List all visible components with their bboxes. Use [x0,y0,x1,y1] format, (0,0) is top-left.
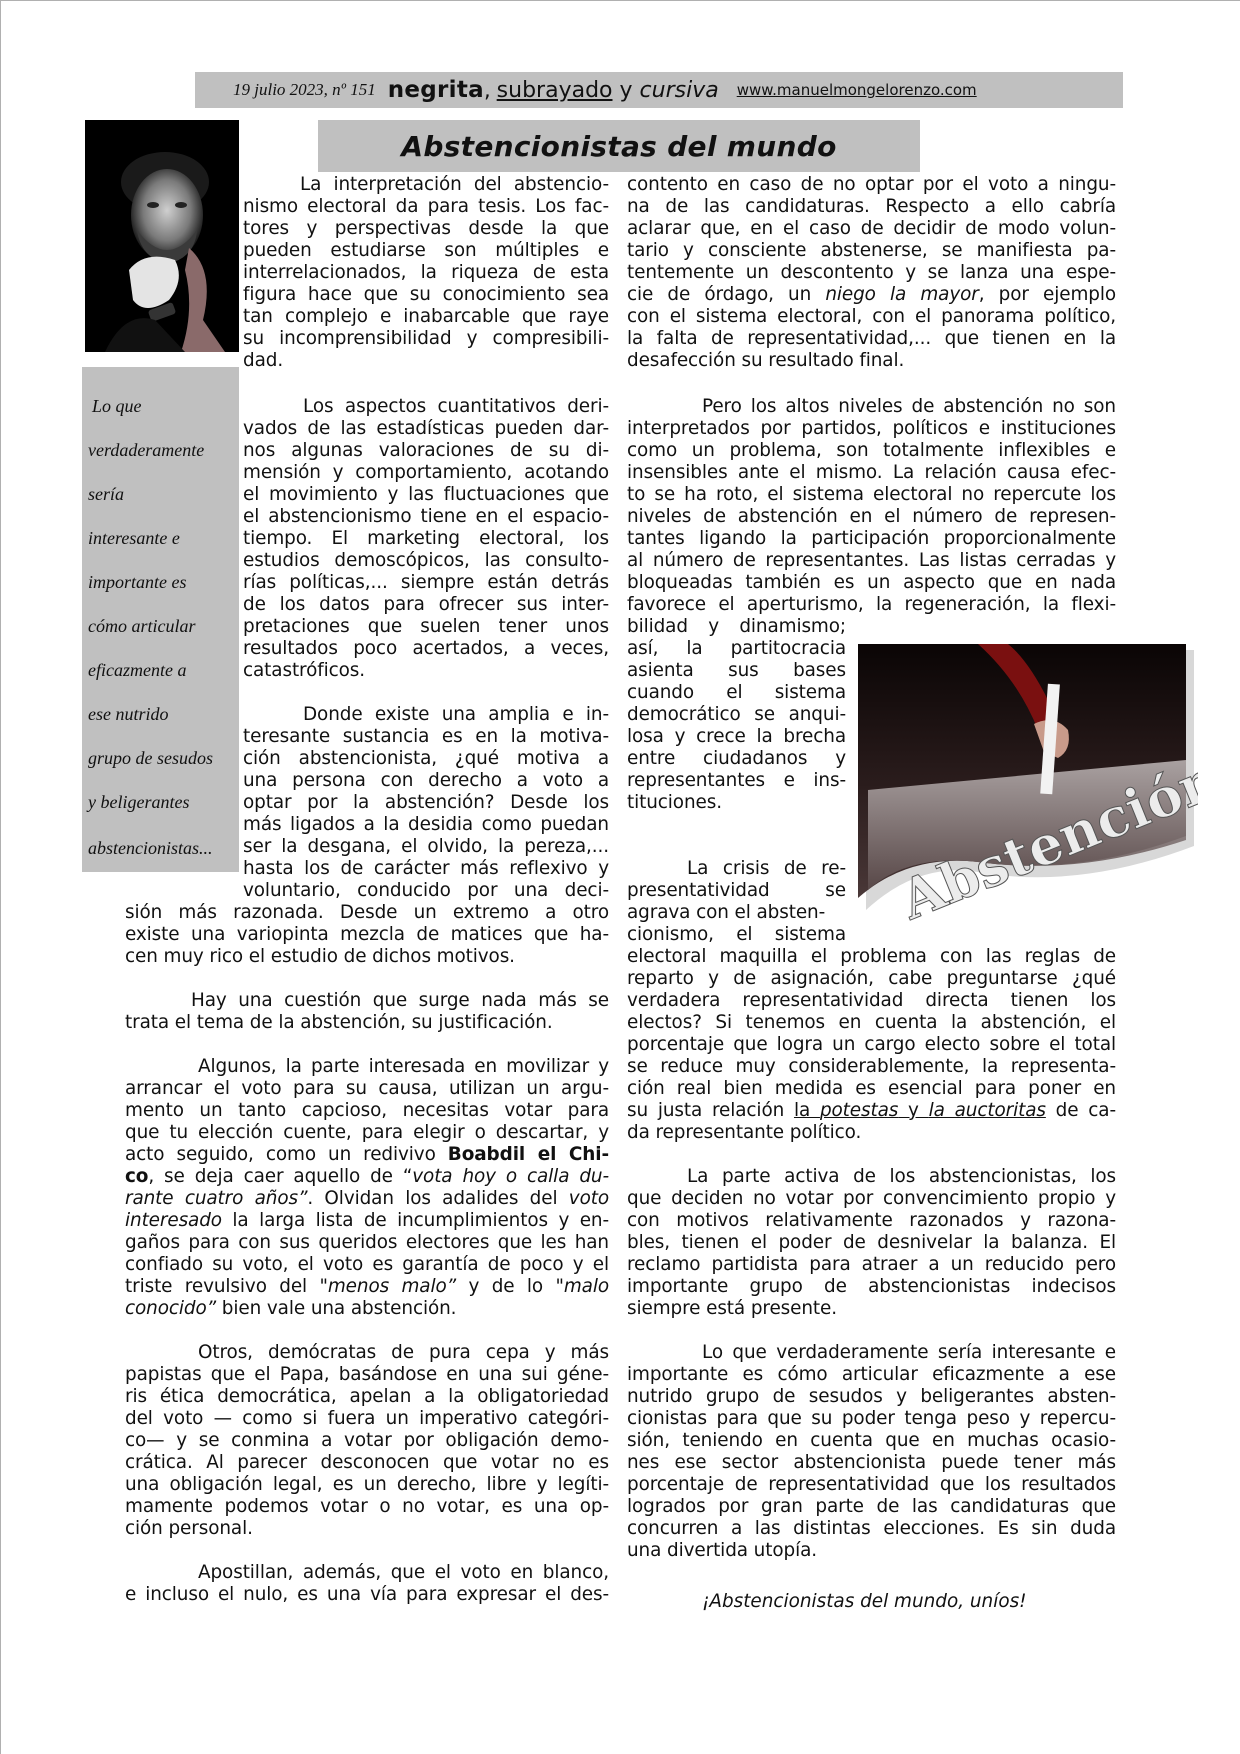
body-text-line: su justa relación la potestas y la aucto… [627,1100,1116,1122]
body-text-line: entre ciudadanos y [627,748,846,770]
brand-y: y [620,78,633,103]
body-text-line: bles, tienen el poder de desnivelar la b… [627,1232,1116,1254]
body-text-line: nos algunas valoraciones de su di- [243,440,609,462]
pull-quote-line: sería [88,484,124,505]
body-text-line: mensión y comportamiento, acotando [243,462,609,484]
body-text-line: interpretados por partidos, políticos e … [627,418,1116,440]
body-text-line: da representante político. [627,1122,1116,1144]
body-text-line: representantes e ins- [627,770,846,792]
body-text-line: Donde existe una amplia e in- [303,704,609,726]
pull-quote-line: verdaderamente [88,440,204,461]
pull-quote-line: importante es [88,572,187,593]
body-text-line: con el sistema electoral, con el panoram… [627,306,1116,328]
body-text-line: cen muy rico el estudio de dichos motivo… [125,946,609,968]
page-border-left [0,0,1,1754]
body-text-line: tiempo. El marketing electoral, los [243,528,609,550]
body-text-line: estudios demoscópicos, las consulto- [243,550,609,572]
body-text-line: optar por la abstención? Desde los [243,792,609,814]
body-text-line: logrados por gran parte de las candidatu… [627,1496,1116,1518]
body-text-line: nes ese sector abstencionista puede tene… [627,1452,1116,1474]
pull-quote-line: grupo de sesudos [88,748,213,769]
brand-comma: , [484,78,491,102]
body-text-line: el abstencionismo tiene en el espacio- [243,506,609,528]
pull-quote: Lo que verdaderamente sería interesante … [82,367,239,872]
body-text-line: de los datos para ofrecer sus inter- [243,594,609,616]
pull-quote-line: abstencionistas... [88,838,213,859]
body-text-line: cionismo, el sistema [627,924,846,946]
body-text-line: cionistas para que su poder tenga peso y… [627,1408,1116,1430]
body-text-line: bilidad y dinamismo; [627,616,846,638]
body-text-line: Lo que verdaderamente sería interesante … [702,1342,1116,1364]
masthead-bar: 19 julio 2023, nº 151 negrita, subrayado… [195,72,1123,108]
author-photo [85,120,239,352]
body-text-line: Los aspectos cuantitativos deri- [303,396,609,418]
body-text-line: ción real bien medida es esencial para p… [627,1078,1116,1100]
body-text-line: se reduce muy considerablemente, la repr… [627,1056,1116,1078]
body-text-line: la falta de representatividad,... que ti… [627,328,1116,350]
body-text-line: reparto y de asignación, cabe preguntars… [627,968,1116,990]
pull-quote-line: cómo articular [88,616,196,637]
article-title: Abstencionistas del mundo [401,130,836,163]
body-text-line: ción abstencionista, ¿qué motiva a [243,748,609,770]
body-text-line: interrelacionados, la riqueza de esta [243,262,609,284]
body-text-line: na de las candidaturas. Respecto a ello … [627,196,1116,218]
brand-negrita: negrita [388,77,484,103]
body-text-line: Algunos, la parte interesada en moviliza… [198,1056,609,1078]
body-text-line: vados de las estadísticas pueden dar- [243,418,609,440]
body-text-line: La crisis de re- [687,858,846,880]
body-text-line: asienta sus bases [627,660,846,682]
website-link[interactable]: www.manuelmongelorenzo.com [737,81,977,99]
body-text-line: mamente podemos votar o no votar, es una… [125,1496,609,1518]
body-text-line: al número de representantes. Las listas … [627,550,1116,572]
body-text-line: sión, teniendo en cuenta que en muchas o… [627,1430,1116,1452]
body-text-line: siempre está presente. [627,1298,1116,1320]
body-text-line: acto seguido, como un redivivo Boabdil e… [125,1144,609,1166]
body-text-line: ción personal. [125,1518,609,1540]
body-text-line: papistas que el Papa, basándose en una s… [125,1364,609,1386]
body-text-line: una obligación legal, es un derecho, lib… [125,1474,609,1496]
body-text-line: aclarar que, en el caso de decidir de mo… [627,218,1116,240]
pull-quote-line: ese nutrido [88,704,169,725]
body-text-line: niveles de abstención en el número de re… [627,506,1116,528]
article-title-bar: Abstencionistas del mundo [318,120,920,172]
body-text-line: pretaciones que suelen tener unos [243,616,609,638]
body-text-line: Pero los altos niveles de abstención no … [702,396,1116,418]
body-text-line: losa y crece la brecha [627,726,846,748]
body-text-line: bloqueadas también es un aspecto que en … [627,572,1116,594]
body-text-line: insensibles ante el mismo. La relación c… [627,462,1116,484]
body-text-line: su incomprensibilidad y compresibili- [243,328,609,350]
body-text-line: voluntario, conducido por una deci- [243,880,609,902]
page-border-top [0,0,1240,1]
body-text-line: Otros, demócratas de pura cepa y más [198,1342,609,1364]
brand-cursiva: cursiva [640,78,719,103]
body-text-line: conocido” bien vale una abstención. [125,1298,609,1320]
body-text-line: Apostillan, además, que el voto en blanc… [198,1562,609,1584]
body-text-line: cuando el sistema [627,682,846,704]
body-text-line: agrava con el absten- [627,902,846,924]
body-text-line: una persona con derecho a voto a [243,770,609,792]
body-text-line: así, la partitocracia [627,638,846,660]
body-text-line: hasta los de carácter más reflexivo y [243,858,609,880]
body-text-line: to se ha roto, el sistema electoral no r… [627,484,1116,506]
body-text-line: que tu elección cuente, para elegir o de… [125,1122,609,1144]
body-text-line: tario y consciente abstenerse, se manifi… [627,240,1116,262]
closing-slogan: ¡Abstencionistas del mundo, uníos! [702,1591,1027,1612]
body-text-line: el movimiento y las fluctuaciones que [243,484,609,506]
body-text-line: cie de órdago, un niego la mayor, por ej… [627,284,1116,306]
body-text-line: porcentaje de representatividad que los … [627,1474,1116,1496]
body-text-line: rante cuatro años”. Olvidan los adalides… [125,1188,609,1210]
body-text-line: La interpretación del abstencio- [300,174,609,196]
body-text-line: importante es cómo articular eficazmente… [627,1364,1116,1386]
body-text-line: importante grupo de abstencionistas inde… [627,1276,1116,1298]
body-text-line: dad. [243,350,609,372]
pull-quote-line: y beligerantes [88,792,189,813]
author-portrait-icon [85,120,239,352]
body-text-line: del voto — como si fuera un imperativo c… [125,1408,609,1430]
brand-subrayado: subrayado [497,78,613,103]
body-text-line: concurren a las distintas elecciones. Es… [627,1518,1116,1540]
body-text-line: electos? Si tenemos en cuenta la abstenc… [627,1012,1116,1034]
body-text-line: trata el tema de la abstención, su justi… [125,1012,609,1034]
abstencion-image: Abstención [858,640,1198,930]
pull-quote-line: Lo que [92,396,142,417]
body-text-line: desafección su resultado final. [627,350,1116,372]
body-text-line: resultados poco acertados, a veces, [243,638,609,660]
body-text-line: contento en caso de no optar por el voto… [627,174,1116,196]
body-text-line: mento un tanto capcioso, necesitas votar… [125,1100,609,1122]
body-text-line: reclamo partidista para atraer a un redu… [627,1254,1116,1276]
body-text-line: electoral maquilla el problema con las r… [627,946,1116,968]
body-text-line: pueden estudiarse son múltiples e [243,240,609,262]
body-text-line: co, se deja caer aquello de “vota hoy o … [125,1166,609,1188]
body-text-line: verdadera representatividad directa tien… [627,990,1116,1012]
body-text-line: tituciones. [627,792,846,814]
body-text-line: e incluso el nulo, es una vía para expre… [125,1584,609,1606]
pull-quote-line: interesante e [88,528,180,549]
body-text-line: presentatividad se [627,880,846,902]
body-text-line: democrático se anqui- [627,704,846,726]
body-text-line: triste revulsivo del "menos malo” y de l… [125,1276,609,1298]
body-text-line: ser la desgana, el olvido, la pereza,... [243,836,609,858]
body-text-line: teresante sustancia es en la motiva- [243,726,609,748]
body-text-line: ris ética democrática, apelan a la oblig… [125,1386,609,1408]
body-text-line: tan complejo e inabarcable que raye [243,306,609,328]
body-text-line: nutrido grupo de sesudos y beligerantes … [627,1386,1116,1408]
body-text-line: tantes ligando la participación proporci… [627,528,1116,550]
issue-date: 19 julio 2023, nº 151 [233,80,376,100]
body-text-line: porcentaje que logra un cargo electo sob… [627,1034,1116,1056]
body-text-line: una divertida utopía. [627,1540,1116,1562]
body-text-line: La parte activa de los abstencionistas, … [687,1166,1116,1188]
ballot-box-illustration-icon: Abstención [858,640,1198,930]
body-text-line: tores y perspectivas desde la que [243,218,609,240]
body-text-line: sión más razonada. Desde un extremo a ot… [125,902,609,924]
body-text-line: más ligados a la desidia como puedan [243,814,609,836]
body-text-line: interesado la larga lista de incumplimie… [125,1210,609,1232]
pull-quote-line: eficazmente a [88,660,186,681]
body-text-line: existe una variopinta mezcla de matices … [125,924,609,946]
body-text-line: nismo electoral da para tesis. Los fac- [243,196,609,218]
body-text-line: co— y se conmina a votar por obligación … [125,1430,609,1452]
body-text-line: rías políticas,... siempre están detrás [243,572,609,594]
body-text-line: favorece el aperturismo, la regeneración… [627,594,1116,616]
body-text-line: como un problema, son totalmente inflexi… [627,440,1116,462]
body-text-line: gaños para con sus queridos electores qu… [125,1232,609,1254]
body-text-line: con motivos relativamente razonados y ra… [627,1210,1116,1232]
body-text-line: confiado su voto, el voto es garantía de… [125,1254,609,1276]
body-text-line: figura hace que su conocimiento sea [243,284,609,306]
body-text-line: Hay una cuestión que surge nada más se [191,990,609,1012]
body-text-line: arrancar el voto para su causa, utilizan… [125,1078,609,1100]
body-text-line: que deciden no votar por convencimiento … [627,1188,1116,1210]
body-text-line: catastróficos. [243,660,609,682]
body-text-line: tentemente un descontento y se lanza una… [627,262,1116,284]
body-text-line: crática. Al parecer desconocen que votar… [125,1452,609,1474]
